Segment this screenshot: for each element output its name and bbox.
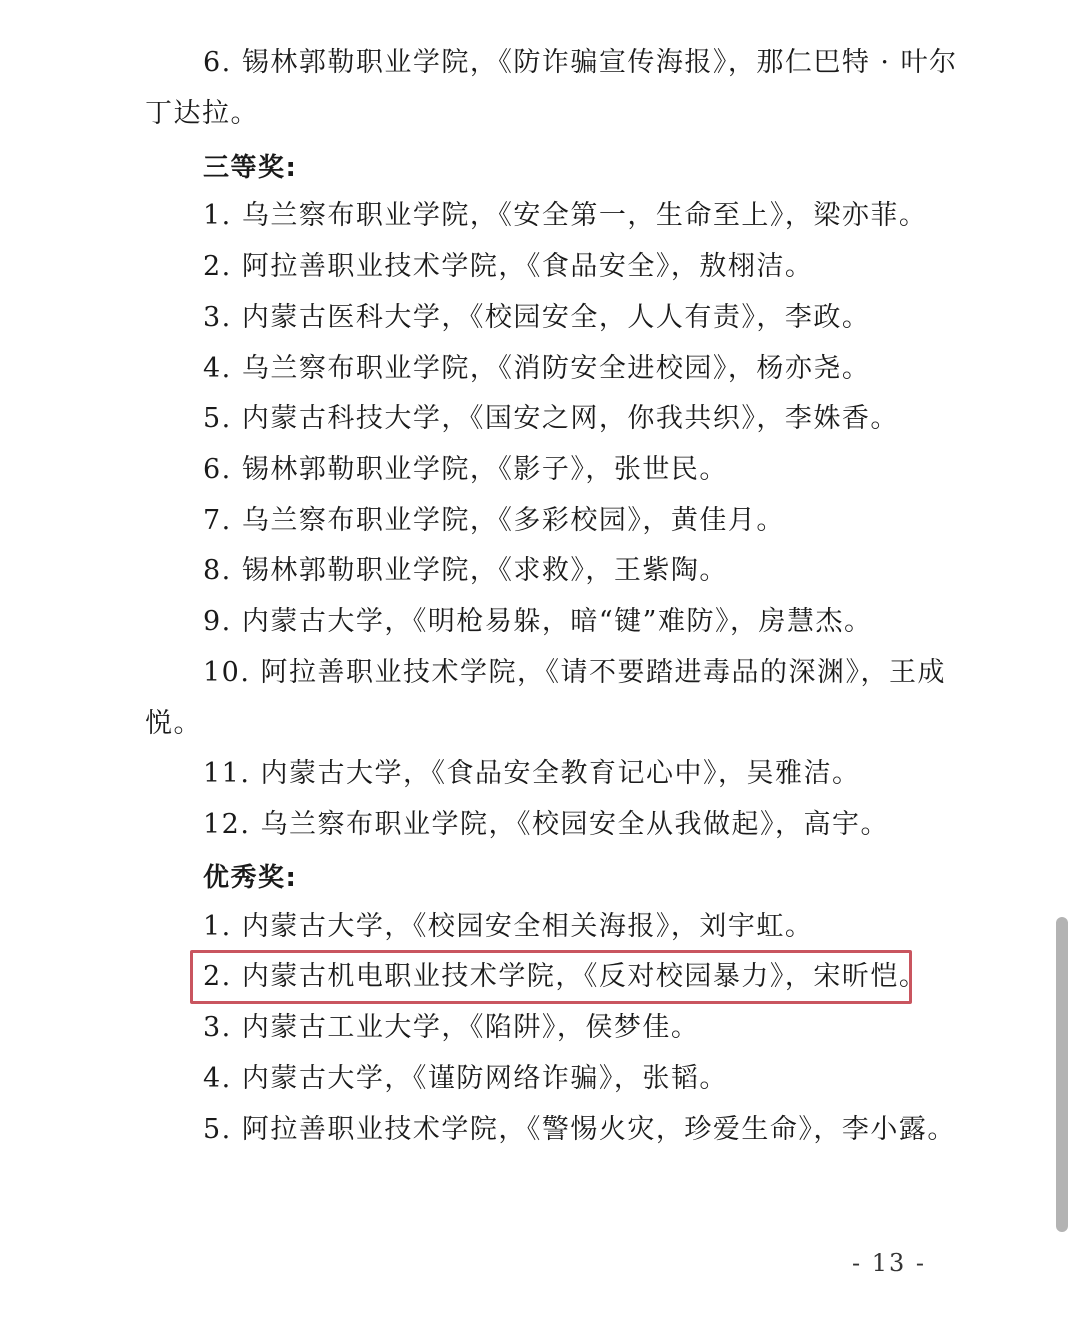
award-entry: 10. 阿拉善职业技术学院，《请不要踏进毒品的深渊》，王成 <box>203 656 946 690</box>
award-entry: 11. 内蒙古大学，《食品安全教育记心中》，吴雅洁。 <box>203 757 861 791</box>
award-entry: 5. 内蒙古科技大学，《国安之网，你我共织》，李姝香。 <box>203 402 899 436</box>
page-number: - 13 - <box>852 1248 926 1278</box>
scrollbar-thumb[interactable] <box>1056 917 1068 1232</box>
award-entry: 4. 内蒙古大学，《谨防网络诈骗》，张韬。 <box>203 1062 728 1096</box>
award-entry: 5. 阿拉善职业技术学院，《警惕火灾，珍爱生命》，李小露。 <box>203 1113 956 1147</box>
award-entry-highlighted: 2. 内蒙古机电职业技术学院，《反对校园暴力》，宋昕恺。 <box>203 960 927 994</box>
document-page: 6. 锡林郭勒职业学院，《防诈骗宣传海报》，那仁巴特 · 叶尔 丁达拉。 三等奖… <box>0 0 1080 1340</box>
award-entry: 1. 内蒙古大学，《校园安全相关海报》，刘宇虹。 <box>203 910 813 944</box>
award-entry: 6. 锡林郭勒职业学院，《影子》，张世民。 <box>203 453 728 487</box>
award-entry: 6. 锡林郭勒职业学院，《防诈骗宣传海报》，那仁巴特 · 叶尔 <box>203 46 958 80</box>
award-entry: 12. 乌兰察布职业学院，《校园安全从我做起》，高宇。 <box>203 808 889 842</box>
award-entry: 9. 内蒙古大学，《明枪易躲，暗“键”难防》，房慧杰。 <box>203 605 872 639</box>
award-entry: 7. 乌兰察布职业学院，《多彩校园》，黄佳月。 <box>203 504 785 538</box>
award-entry: 8. 锡林郭勒职业学院，《求救》，王紫陶。 <box>203 554 728 588</box>
section-heading-third-prize: 三等奖: <box>203 151 297 185</box>
section-heading-excellence-prize: 优秀奖: <box>203 861 297 895</box>
award-entry: 1. 乌兰察布职业学院，《安全第一，生命至上》，梁亦菲。 <box>203 199 927 233</box>
award-entry: 3. 内蒙古工业大学，《陷阱》，侯梦佳。 <box>203 1011 699 1045</box>
award-entry: 4. 乌兰察布职业学院，《消防安全进校园》，杨亦尧。 <box>203 352 870 386</box>
award-entry: 2. 阿拉善职业技术学院，《食品安全》，敖栩洁。 <box>203 250 813 284</box>
award-entry-wrap: 悦。 <box>145 707 202 741</box>
award-entry-wrap: 丁达拉。 <box>145 97 259 131</box>
award-entry: 3. 内蒙古医科大学，《校园安全，人人有责》，李政。 <box>203 301 870 335</box>
